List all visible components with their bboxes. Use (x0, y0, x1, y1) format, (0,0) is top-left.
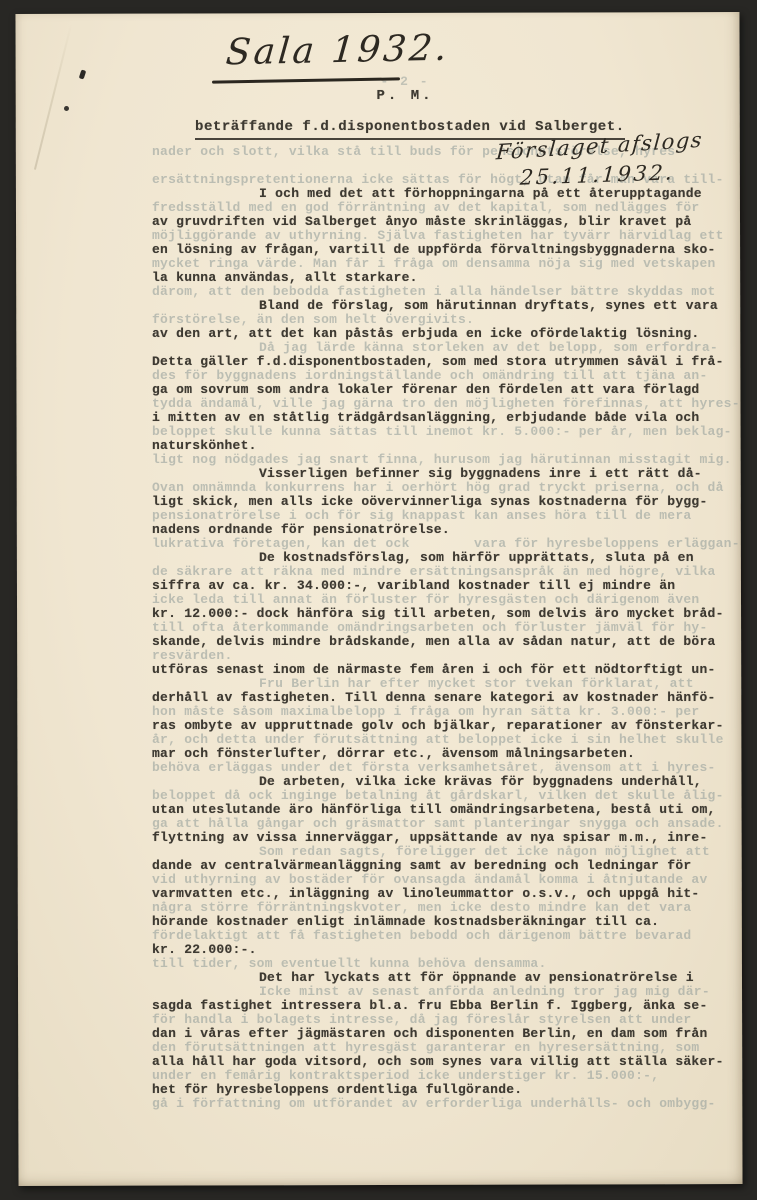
typed-line: mar och fönsterlufter, dörrar etc., även… (152, 740, 752, 768)
typed-line: skande, delvis mindre brådskande, men al… (152, 628, 752, 656)
typed-body-text: I och med det att förhoppningarna på ett… (152, 180, 752, 1104)
typed-line: av den art, att det kan påstås erbjuda e… (152, 320, 752, 348)
ghost-page-number: - 2 - (380, 74, 429, 89)
typed-line: i mitten av en ståtlig trädgårdsanläggni… (152, 404, 752, 432)
typed-line: Det har lyckats att för öppnande av pens… (152, 964, 752, 992)
handwritten-title: Sala 1932. (224, 28, 451, 74)
typed-line: la kunna användas, allt starkare. (152, 264, 752, 292)
typed-line: ras ombyte av uppruttnade golv och bjälk… (152, 712, 752, 740)
typed-line: De arbeten, vilka icke krävas för byggna… (152, 768, 752, 796)
scanned-document: Sala 1932. - 2 - P. M. beträffande f.d.d… (0, 0, 757, 1200)
typed-line: derhåll av fastigheten. Till denna senar… (152, 684, 752, 712)
typed-line: De kostnadsförslag, som härför upprättat… (152, 544, 752, 572)
typed-line: Detta gäller f.d.disponentbostaden, som … (152, 348, 752, 376)
ink-speck (64, 106, 69, 111)
typed-line: alla håll har goda vitsord, och som syne… (152, 1048, 752, 1076)
typed-line: av gruvdriften vid Salberget ånyo måste … (152, 208, 752, 236)
typed-line: Visserligen befinner sig byggnadens inre… (152, 460, 752, 488)
typed-line: utan uteslutande äro hänförliga till omä… (152, 796, 752, 824)
typed-line: kr. 12.000:- dock hänföra sig till arbet… (152, 600, 752, 628)
typed-line: utföras senast inom de närmaste fem åren… (152, 656, 752, 684)
typed-line: kr. 22.000:-. (152, 936, 752, 964)
typed-line: nadens ordnande för pensionatrörelse. (152, 516, 752, 544)
typed-line: het för hyresbeloppens ordentliga fullgö… (152, 1076, 752, 1104)
typed-line: varmvatten etc., inläggning av linoleumm… (152, 880, 752, 908)
typed-line: ligt skick, men alls icke oövervinnerlig… (152, 488, 752, 516)
typed-line: Bland de förslag, som härutinnan dryftat… (152, 292, 752, 320)
typed-line: dan i våras efter jägmästaren och dispon… (152, 1020, 752, 1048)
typed-line: en lösning av frågan, vartill de uppförd… (152, 236, 752, 264)
typed-line: flyttning av vissa innerväggar, uppsätta… (152, 824, 752, 852)
typed-line: ga om sovrum som andra lokaler förenar d… (152, 376, 752, 404)
typed-line: naturskönhet. (152, 432, 752, 460)
typed-line: sagda fastighet intressera bl.a. fru Ebb… (152, 992, 752, 1020)
typed-line: siffra av ca. kr. 34.000:-, varibland ko… (152, 572, 752, 600)
typed-line: hörande kostnader enligt inlämnade kostn… (152, 908, 752, 936)
doc-type-heading: P. M. (376, 88, 433, 104)
typed-line: dande av centralvärmeanläggning samt av … (152, 852, 752, 880)
